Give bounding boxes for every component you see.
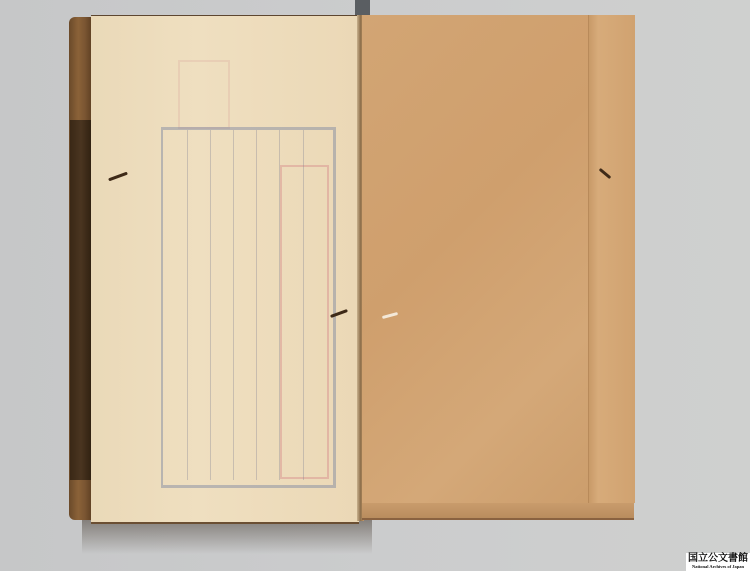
shadow bbox=[355, 0, 370, 16]
watermark-japanese: 国立公文書館 bbox=[686, 553, 750, 564]
red-ruled-box bbox=[280, 165, 329, 479]
right-page-fold-flap bbox=[588, 15, 635, 503]
column-rule bbox=[256, 130, 257, 480]
right-page-bottom-edge bbox=[362, 503, 634, 520]
column-rule bbox=[233, 130, 234, 480]
column-rule bbox=[303, 130, 304, 480]
watermark-english: National Archives of Japan bbox=[686, 564, 750, 569]
book-spine-dark-band bbox=[70, 120, 92, 480]
column-rule bbox=[187, 130, 188, 480]
archive-watermark: 国立公文書館 National Archives of Japan bbox=[686, 553, 750, 571]
column-rule bbox=[279, 130, 280, 480]
column-rule bbox=[210, 130, 211, 480]
faint-red-stamp-outline bbox=[178, 60, 230, 129]
